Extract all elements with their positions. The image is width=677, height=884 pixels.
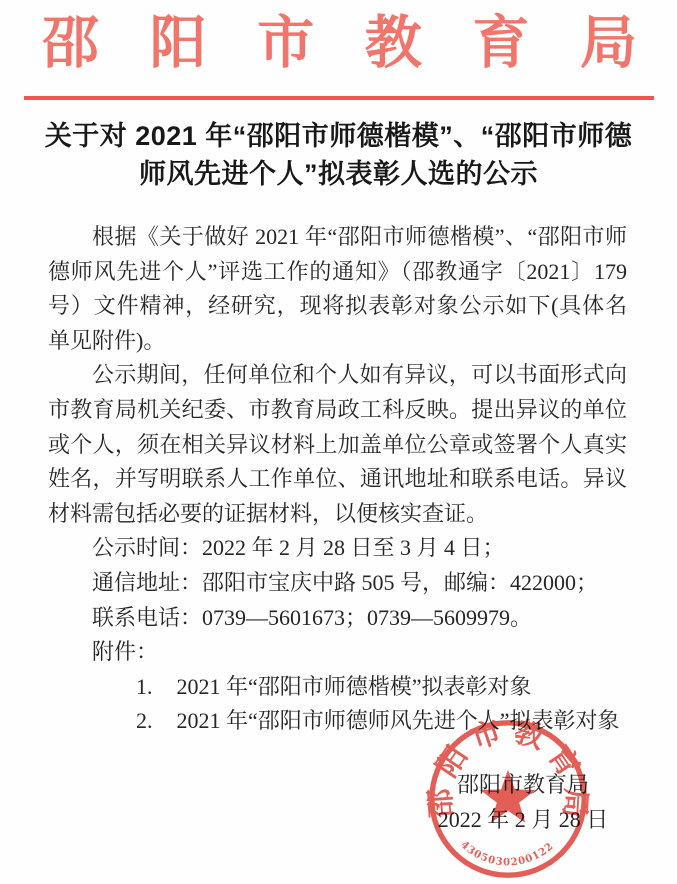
document-page: 邵 阳 市 教 育 局 关于对 2021 年“邵阳市师德楷模”、“邵阳市师德 师…: [0, 0, 677, 884]
signature-block: 邵阳市教育局 2022 年 2 月 28 日: [398, 767, 648, 837]
attachment-number: 1.: [92, 670, 153, 705]
paragraph-basis: 根据《关于做好 2021 年“邵阳市师德楷模”、“邵阳市师德师风先进个人”评选工…: [48, 220, 627, 358]
attachment-number: 2.: [92, 704, 153, 739]
mailing-address-line: 通信地址：邵阳市宝庆中路 505 号，邮编：422000；: [48, 566, 627, 601]
masthead-char: 邵: [42, 8, 99, 78]
paragraph-objection: 公示期间，任何单位和个人如有异议，可以书面形式向市教育局机关纪委、市教育局政工科…: [48, 358, 627, 531]
publicity-time-line: 公示时间：2022 年 2 月 28 日至 3 月 4 日；: [48, 531, 627, 566]
masthead-char: 阳: [150, 8, 207, 78]
document-title: 关于对 2021 年“邵阳市师德楷模”、“邵阳市师德 师风先进个人”拟表彰人选的…: [0, 117, 677, 193]
document-body: 根据《关于做好 2021 年“邵阳市师德楷模”、“邵阳市师德师风先进个人”评选工…: [0, 220, 677, 739]
attachment-item: 1.2021 年“邵阳市师德楷模”拟表彰对象: [48, 670, 627, 705]
attachment-item: 2.2021 年“邵阳市师德师风先进个人”拟表彰对象: [48, 704, 627, 739]
contact-phone-line: 联系电话：0739—5601673；0739—5609979。: [48, 601, 627, 636]
masthead-char: 市: [257, 8, 314, 78]
masthead-char: 育: [472, 8, 529, 78]
attachments-label: 附件：: [48, 635, 627, 670]
signature-agency: 邵阳市教育局: [398, 767, 648, 802]
masthead-char: 教: [365, 8, 422, 78]
attachment-text: 2021 年“邵阳市师德楷模”拟表彰对象: [177, 674, 532, 699]
signature-date: 2022 年 2 月 28 日: [398, 802, 648, 837]
masthead-char: 局: [580, 8, 637, 78]
attachment-text: 2021 年“邵阳市师德师风先进个人”拟表彰对象: [177, 708, 620, 733]
seal-code-text: 4305030200122: [458, 839, 556, 869]
document-title-line1: 关于对 2021 年“邵阳市师德楷模”、“邵阳市师德: [0, 117, 677, 155]
masthead-agency-name: 邵 阳 市 教 育 局: [0, 0, 677, 78]
red-divider-rule: [24, 96, 654, 100]
document-title-line2: 师风先进个人”拟表彰人选的公示: [0, 155, 677, 193]
svg-text:4305030200122: 4305030200122: [458, 839, 556, 869]
